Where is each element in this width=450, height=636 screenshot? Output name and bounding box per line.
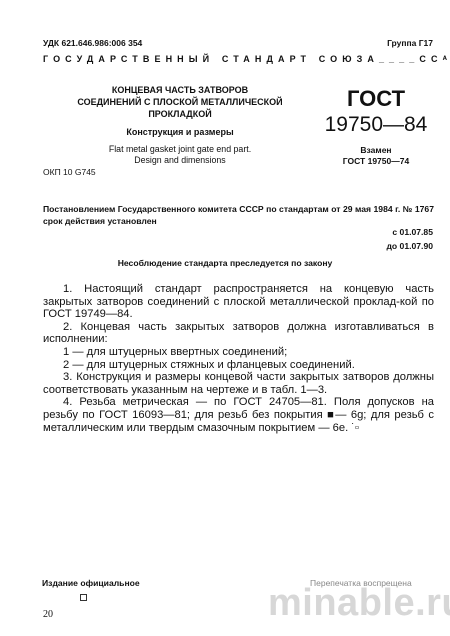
replaces-standard: ГОСТ 19750—74 xyxy=(320,156,432,167)
group-code: Группа Г17 xyxy=(387,38,433,48)
reprint-prohibited-label: Перепечатка воспрещена xyxy=(310,578,412,588)
title-en-line-1: Flat metal gasket joint gate end part. xyxy=(60,144,300,155)
document-title-block: КОНЦЕВАЯ ЧАСТЬ ЗАТВОРОВ СОЕДИНЕНИЙ С ПЛО… xyxy=(60,84,300,166)
udk-code: УДК 621.646.986:006 354 xyxy=(43,38,142,48)
title-line-2: СОЕДИНЕНИЙ С ПЛОСКОЙ МЕТАЛЛИЧЕСКОЙ xyxy=(60,96,300,108)
page-number: 20 xyxy=(43,609,53,620)
state-standard-heading: ГОСУДАРСТВЕННЫЙ СТАНДАРТ СОЮЗА____ССᴬР xyxy=(43,54,450,64)
replaces-label: Взамен xyxy=(320,145,432,156)
effective-to: до 01.07.90 xyxy=(386,241,433,251)
title-english: Flat metal gasket joint gate end part. D… xyxy=(60,144,300,166)
document-body: 1. Настоящий стандарт распространяется н… xyxy=(43,283,434,434)
decree-text: Постановлением Государственного комитета… xyxy=(43,203,434,227)
gost-block: ГОСТ 19750—84 Взамен ГОСТ 19750—74 xyxy=(320,87,432,167)
paragraph-4: 4. Резьба метрическая — по ГОСТ 24705—81… xyxy=(43,396,434,434)
paragraph-2-item-1: 1 — для штуцерных ввертных соединений; xyxy=(43,346,434,359)
paragraph-2: 2. Концевая часть закрытых затворов долж… xyxy=(43,321,434,346)
official-edition-label: Издание официальное xyxy=(42,578,140,588)
watermark: minable.ru xyxy=(268,582,450,625)
title-line-1: КОНЦЕВАЯ ЧАСТЬ ЗАТВОРОВ xyxy=(60,84,300,96)
effective-from: с 01.07.85 xyxy=(392,227,433,237)
title-line-3: ПРОКЛАДКОЙ xyxy=(60,108,300,120)
gost-number: 19750—84 xyxy=(320,113,432,137)
gost-label: ГОСТ xyxy=(320,87,432,111)
paragraph-1: 1. Настоящий стандарт распространяется н… xyxy=(43,283,434,321)
title-subtitle: Конструкция и размеры xyxy=(60,126,300,138)
paragraph-3: 3. Конструкция и размеры концевой части … xyxy=(43,371,434,396)
law-notice: Несоблюдение стандарта преследуется по з… xyxy=(0,258,450,268)
paragraph-2-item-2: 2 — для штуцерных стяжных и фланцевых со… xyxy=(43,359,434,372)
title-en-line-2: Design and dimensions xyxy=(60,155,300,166)
square-mark-icon xyxy=(80,594,87,601)
okp-code: ОКП 10 G745 xyxy=(43,167,96,177)
